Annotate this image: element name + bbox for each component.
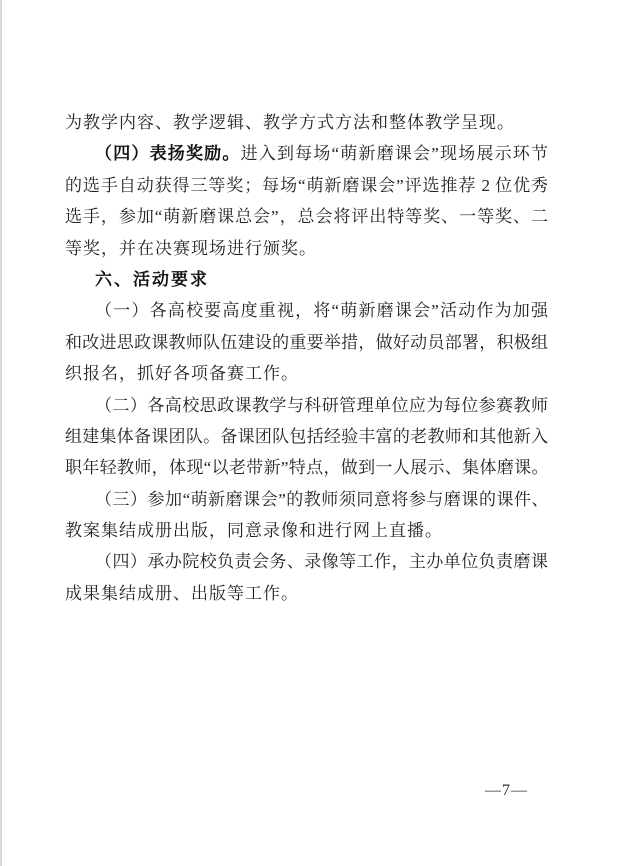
paragraph-line: （一）各高校要高度重视，将“萌新磨课会”活动作为加强 [65, 295, 548, 326]
line-text: 教案集结成册出版，同意录像和进行网上直播。 [65, 521, 443, 540]
section-heading: 六、活动要求 [65, 264, 548, 295]
heading-text: 六、活动要求 [95, 270, 209, 289]
line-text: 选手，参加“萌新磨课总会”，总会将评出特等奖、一等奖、二 [65, 207, 548, 226]
page-number: —7— [485, 782, 528, 800]
line-text: 组建集体备课团队。备课团队包括经验丰富的老教师和其他新入 [65, 427, 548, 446]
subheading-bold-text: （四）表扬奖励。 [95, 144, 241, 163]
paragraph-line: 教案集结成册出版，同意录像和进行网上直播。 [65, 515, 548, 546]
paragraph-line: 织报名，抓好各项备赛工作。 [65, 358, 548, 389]
paragraph-line: （二）各高校思政课教学与科研管理单位应为每位参赛教师 [65, 390, 548, 421]
line-text: 进入到每场“萌新磨课会”现场展示环节 [241, 144, 548, 163]
paragraph-line: 职年轻教师，体现“以老带新”特点，做到一人展示、集体磨课。 [65, 452, 548, 483]
paragraph-line: 成果集结成册、出版等工作。 [65, 578, 548, 609]
line-text: （一）各高校要高度重视，将“萌新磨课会”活动作为加强 [95, 301, 548, 320]
paragraph-line: 为教学内容、教学逻辑、教学方式方法和整体教学呈现。 [65, 107, 548, 138]
paragraph-line: （三）参加“萌新磨课会”的教师须同意将参与磨课的课件、 [65, 484, 548, 515]
paragraph-line: 组建集体备课团队。备课团队包括经验丰富的老教师和其他新入 [65, 421, 548, 452]
line-text: （二）各高校思政课教学与科研管理单位应为每位参赛教师 [95, 396, 548, 415]
paragraph-line: 的选手自动获得三等奖；每场“萌新磨课会”评选推荐 2 位优秀 [65, 170, 548, 201]
paragraph-line: 选手，参加“萌新磨课总会”，总会将评出特等奖、一等奖、二 [65, 201, 548, 232]
line-text: 和改进思政课教师队伍建设的重要举措，做好动员部署，积极组 [65, 333, 548, 352]
paragraph-line: 等奖，并在决赛现场进行颁奖。 [65, 233, 548, 264]
line-text: 为教学内容、教学逻辑、教学方式方法和整体教学呈现。 [65, 113, 515, 132]
document-page: 为教学内容、教学逻辑、教学方式方法和整体教学呈现。 （四）表扬奖励。进入到每场“… [0, 0, 625, 866]
line-text: （三）参加“萌新磨课会”的教师须同意将参与磨课的课件、 [95, 490, 548, 509]
paragraph-line: （四）承办院校负责会务、录像等工作，主办单位负责磨课 [65, 546, 548, 577]
paragraph-line: 和改进思政课教师队伍建设的重要举措，做好动员部署，积极组 [65, 327, 548, 358]
paragraph-line: （四）表扬奖励。进入到每场“萌新磨课会”现场展示环节 [65, 138, 548, 169]
line-text: 职年轻教师，体现“以老带新”特点，做到一人展示、集体磨课。 [65, 458, 548, 477]
line-text: 成果集结成册、出版等工作。 [65, 584, 299, 603]
line-text: 等奖，并在决赛现场进行颁奖。 [65, 239, 317, 258]
line-text: 织报名，抓好各项备赛工作。 [65, 364, 299, 383]
line-text: 的选手自动获得三等奖；每场“萌新磨课会”评选推荐 2 位优秀 [65, 176, 548, 195]
line-text: （四）承办院校负责会务、录像等工作，主办单位负责磨课 [95, 552, 548, 571]
scan-edge-line [0, 0, 2, 866]
document-text-body: 为教学内容、教学逻辑、教学方式方法和整体教学呈现。 （四）表扬奖励。进入到每场“… [65, 107, 548, 609]
